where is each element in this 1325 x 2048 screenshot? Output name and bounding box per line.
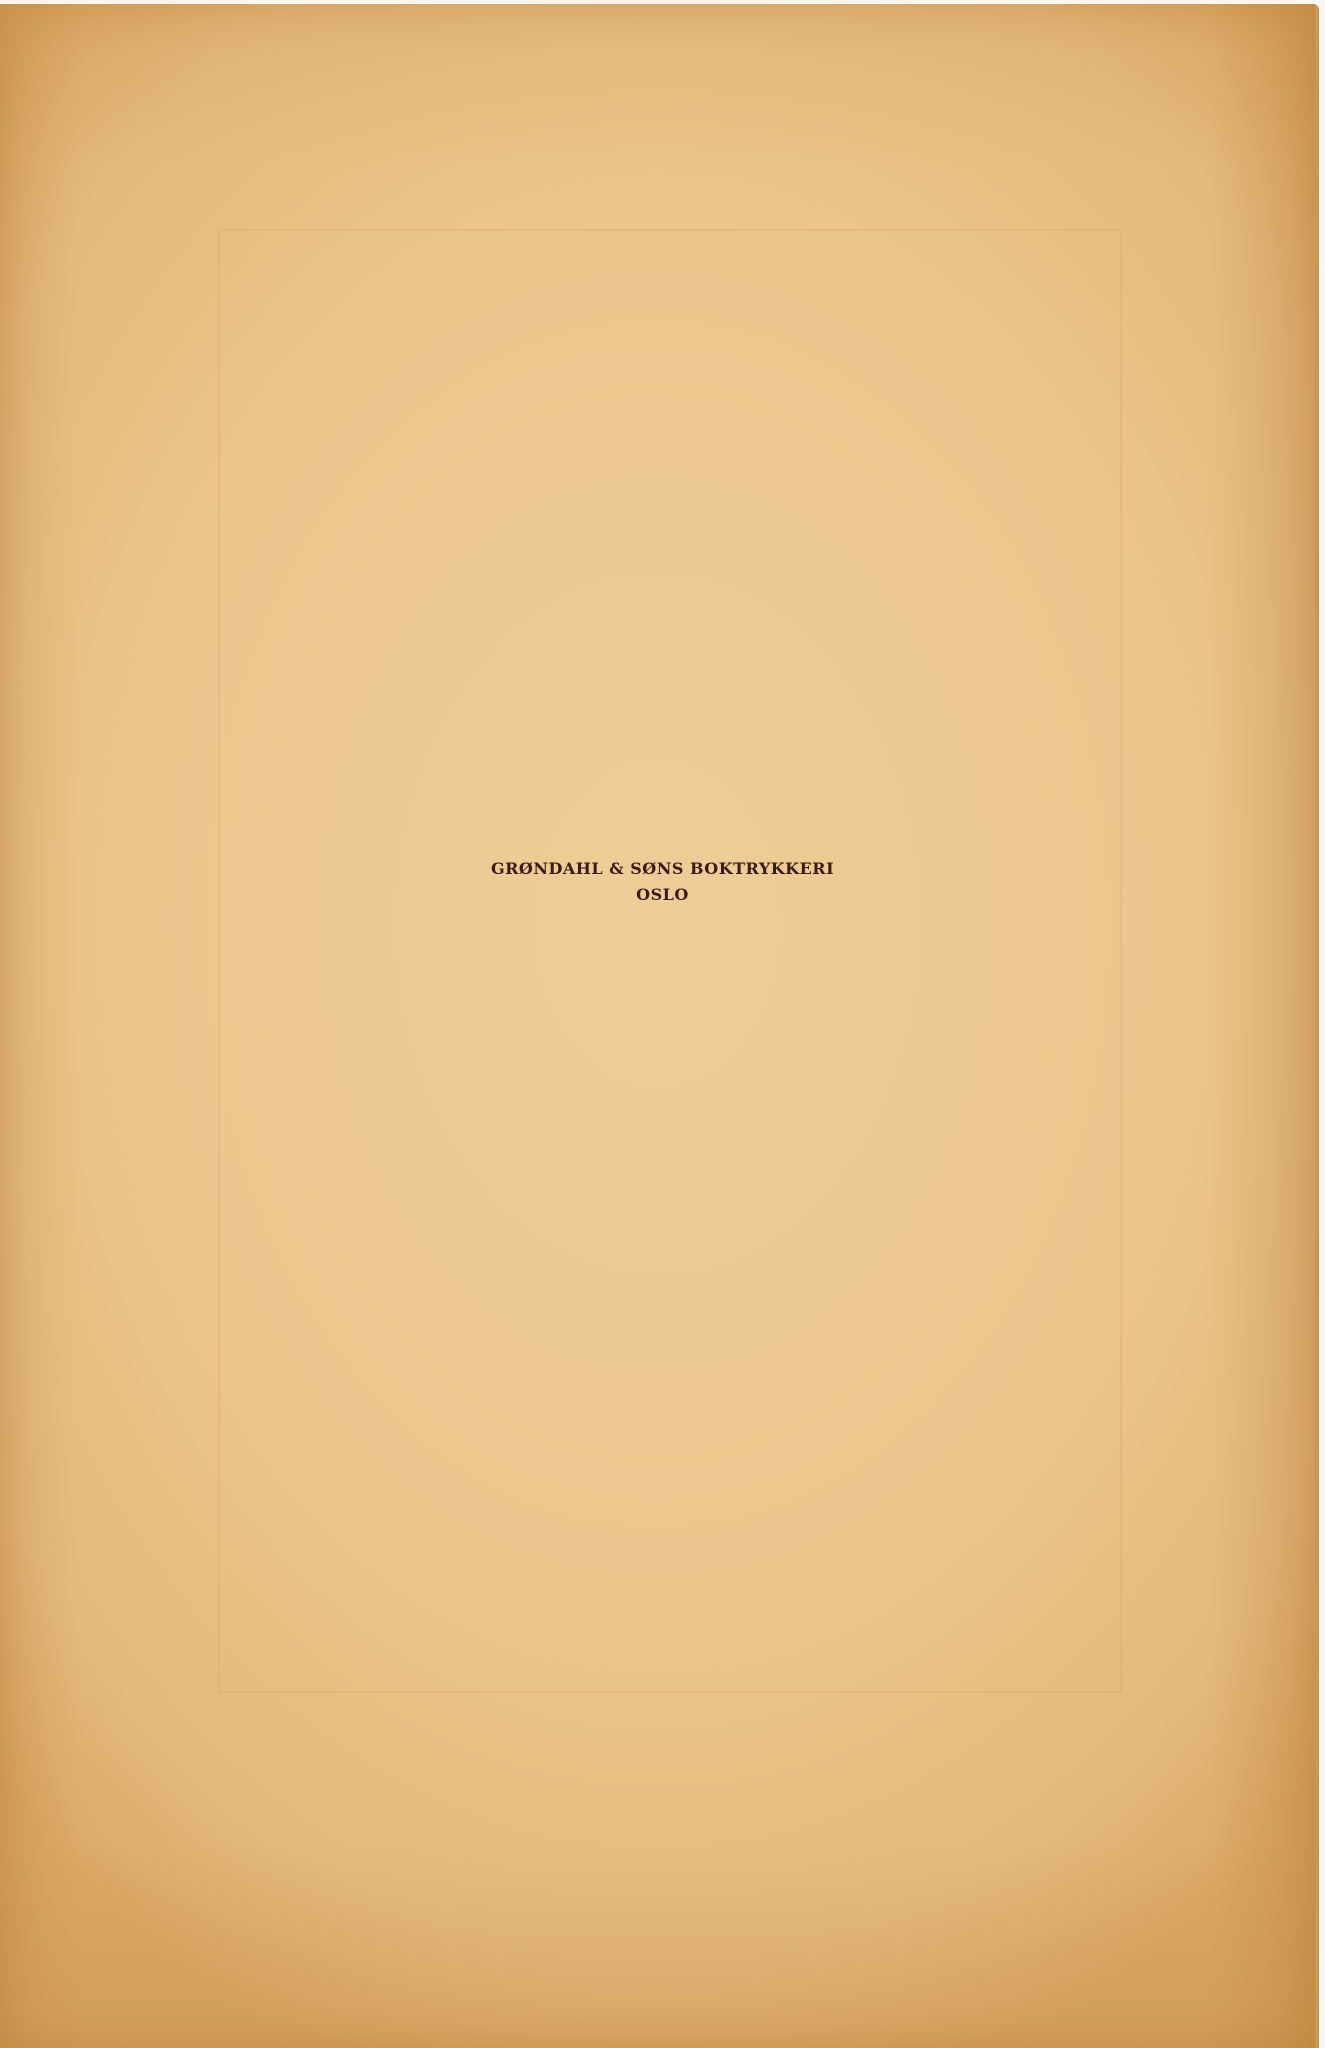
printer-city: OSLO xyxy=(0,882,1325,908)
book-page: GRØNDAHL & SØNS BOKTRYKKERI OSLO xyxy=(0,4,1319,2048)
printer-imprint: GRØNDAHL & SØNS BOKTRYKKERI OSLO xyxy=(0,856,1325,908)
show-through-frame xyxy=(218,229,1122,1693)
printer-name: GRØNDAHL & SØNS BOKTRYKKERI xyxy=(0,856,1325,882)
